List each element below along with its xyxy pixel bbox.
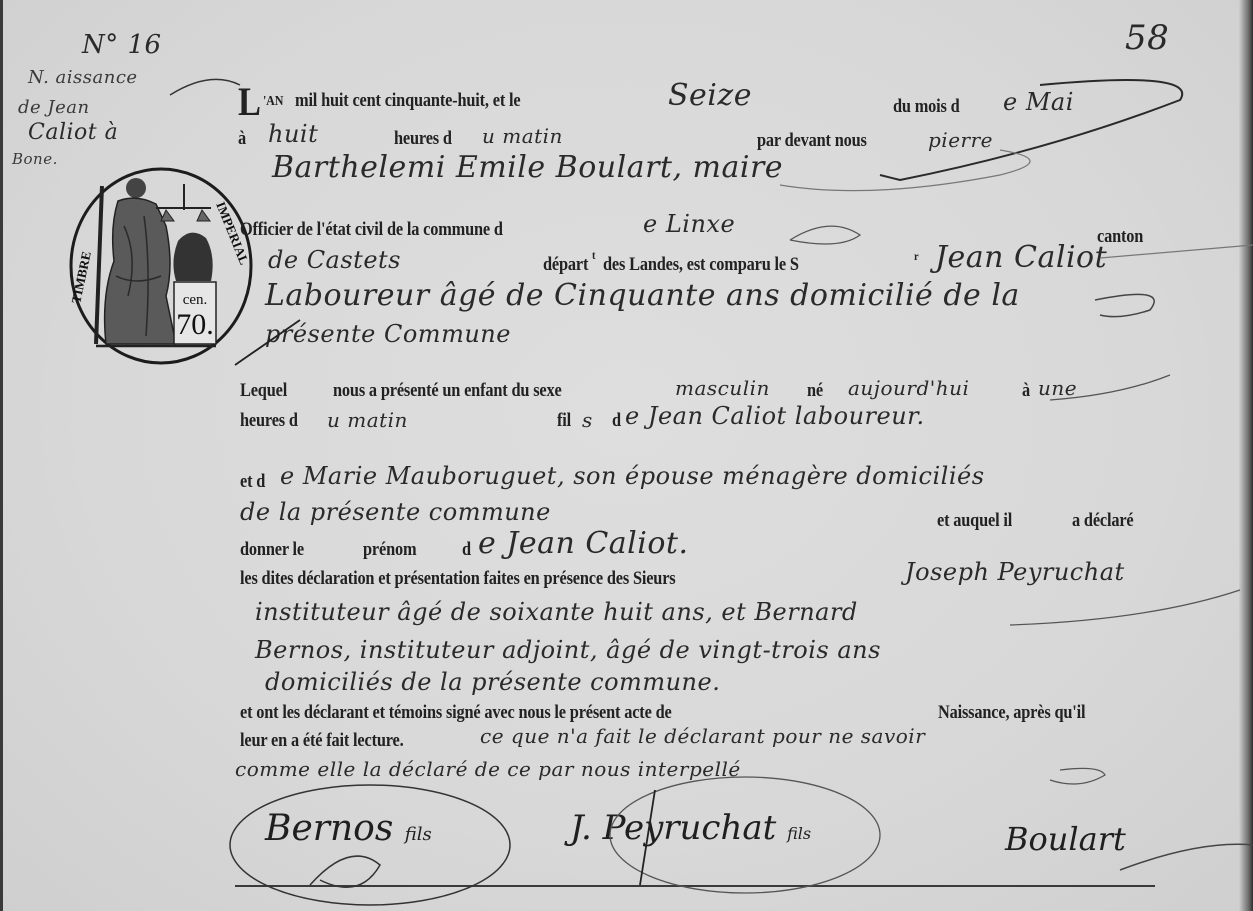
printed-text: leur en a été fait lecture.: [240, 730, 404, 752]
handwritten-text: ce que n'a fait le déclarant pour ne sav…: [480, 724, 925, 748]
printed-text: d: [612, 410, 621, 432]
handwritten-text: comme elle la déclaré de ce par nous int…: [235, 757, 741, 781]
margin-note-line: Bone.: [12, 150, 58, 168]
margin-note-line: N. aissance: [28, 67, 138, 88]
margin-entry-number: N° 16: [82, 30, 162, 60]
handwritten-mother: e Marie Mauboruguet, son épouse ménagère…: [280, 462, 985, 490]
printed-text: et d: [240, 471, 265, 493]
handwritten-text: Bernos, instituteur adjoint, âgé de ving…: [255, 636, 881, 664]
printed-text: prénom: [363, 539, 416, 561]
handwritten-text: u matin: [327, 408, 408, 432]
printed-text: nous a présenté un enfant du sexe: [333, 380, 562, 402]
justice-figure-icon: cen. 70. TIMBRE IMPERIAL: [66, 166, 256, 366]
printed-superscript: t: [592, 248, 595, 263]
register-page: 58 N° 16 N. aissance de Jean Caliot à Bo…: [0, 0, 1253, 911]
handwritten-text: aujourd'hui: [848, 376, 969, 400]
printed-text: des Landes, est comparu le S: [603, 254, 799, 276]
svg-text:70.: 70.: [176, 308, 214, 341]
handwritten-text: u matin: [482, 124, 563, 148]
printed-text: heures d: [240, 410, 298, 432]
printed-text: les dites déclaration et présentation fa…: [240, 568, 675, 590]
handwritten-text: instituteur âgé de soixante huit ans, et…: [255, 598, 858, 626]
printed-superscript: r: [914, 249, 918, 264]
printed-text: Officier de l'état civil de la commune d: [240, 219, 503, 241]
signature-peyruchat: J. Peyruchat fils: [570, 808, 811, 848]
handwritten-text: s: [582, 408, 593, 432]
handwritten-sex: masculin: [675, 376, 770, 400]
printed-text: départ: [543, 254, 588, 276]
handwritten-declarant-name: Jean Caliot: [935, 240, 1107, 275]
margin-note-line: Caliot à: [28, 120, 118, 145]
handwritten-given-name: e Jean Caliot.: [478, 526, 689, 561]
handwritten-text: présente Commune: [265, 320, 511, 348]
handwritten-month: e Mai: [1003, 88, 1074, 116]
page-binding-shadow: [1239, 0, 1253, 911]
printed-text: fil: [557, 410, 571, 432]
margin-note-line: de Jean: [18, 97, 90, 118]
handwritten-day: Seize: [668, 78, 752, 113]
page-left-edge: [0, 0, 3, 911]
printed-text: Lequel: [240, 380, 287, 402]
printed-text: mil huit cent cinquante-huit, et le: [295, 90, 520, 112]
handwritten-officer-name: Barthelemi Emile Boulart, maire: [272, 150, 783, 185]
printed-text: du mois d: [893, 96, 960, 118]
handwritten-witness-1: Joseph Peyruchat: [905, 558, 1125, 586]
handwritten-canton: de Castets: [268, 246, 401, 274]
handwritten-father: e Jean Caliot laboureur.: [625, 402, 925, 430]
imperial-tax-stamp: cen. 70. TIMBRE IMPERIAL: [66, 166, 256, 366]
handwritten-text: domiciliés de la présente commune.: [265, 668, 720, 696]
printed-text: à: [1022, 380, 1030, 402]
printed-text: 'AN: [263, 94, 283, 110]
printed-text: d: [462, 539, 471, 561]
signature-bernos: Bernos fils: [265, 808, 432, 849]
signature-boulart: Boulart: [1005, 820, 1126, 858]
printed-text: et auquel il: [937, 510, 1012, 532]
printed-text: par devant nous: [757, 130, 867, 152]
printed-initial: L: [238, 78, 261, 125]
printed-text: Naissance, après qu'il: [938, 702, 1085, 724]
printed-text: né: [807, 380, 823, 402]
printed-text: donner le: [240, 539, 304, 561]
svg-text:cen.: cen.: [183, 292, 208, 308]
printed-text: heures d: [394, 128, 452, 150]
printed-text: à: [238, 128, 246, 150]
page-number: 58: [1125, 18, 1169, 58]
closing-rule: [235, 885, 1155, 887]
printed-text: et ont les déclarant et témoins signé av…: [240, 702, 672, 724]
handwritten-commune: e Linxe: [643, 210, 735, 238]
handwritten-hour: huit: [268, 120, 318, 148]
printed-text: a déclaré: [1072, 510, 1134, 532]
handwritten-text: une: [1038, 376, 1077, 400]
handwritten-declarant-details: Laboureur âgé de Cinquante ans domicilié…: [265, 278, 1020, 313]
handwritten-text: pierre: [928, 128, 993, 152]
handwritten-text: de la présente commune: [240, 498, 551, 526]
